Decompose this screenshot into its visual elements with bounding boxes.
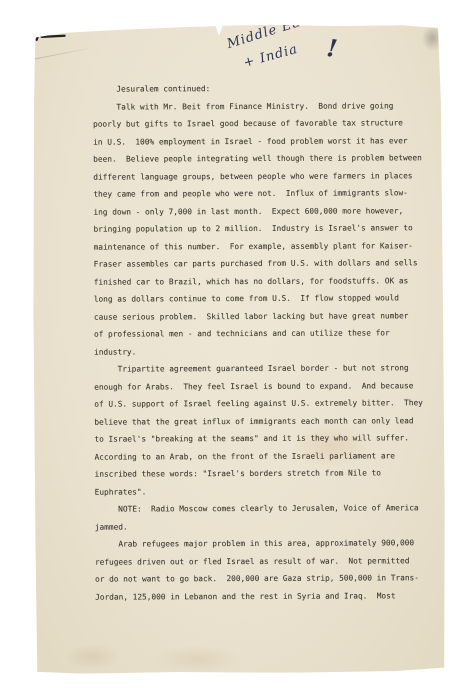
typed-line: to Israel's "breaking at the seams" and …: [94, 429, 439, 448]
handwritten-note-line2: + India: [242, 42, 300, 71]
typed-line: bringing population up to 2 million. Ind…: [93, 219, 438, 238]
typed-line: of professional men - and technicians an…: [94, 324, 439, 343]
typed-line: Fraser assembles car parts purchased fro…: [94, 254, 439, 273]
typed-line: refugees driven out or fled Israel as re…: [95, 552, 440, 571]
typed-line: maintenance of this number. For example,…: [94, 237, 439, 256]
typed-line: Euphrates".: [95, 482, 440, 501]
handwritten-note-line1: Middle East: [225, 11, 316, 52]
typed-line: Tripartite agreement guaranteed Israel b…: [94, 359, 439, 378]
typed-line: Jordan, 125,000 in Lebanon and the rest …: [95, 587, 440, 606]
pencil-mark-icon: [35, 29, 69, 45]
scan-background: Middle East + India ! Jesuralem continue…: [0, 0, 468, 700]
handwritten-exclamation: !: [325, 33, 339, 63]
typed-line-heading: Jesuralem continued:: [93, 79, 438, 98]
paper-stain: [152, 645, 242, 673]
typed-line: According to an Arab, on the front of th…: [94, 447, 439, 466]
typed-line: enough for Arabs. They feel Israel is bo…: [94, 377, 439, 396]
typed-line: Talk with Mr. Beit from Finance Ministry…: [93, 97, 438, 116]
typed-line: NOTE: Radio Moscow comes clearly to Jeru…: [95, 499, 440, 518]
paper-stain: [64, 644, 120, 670]
typed-line: they came from and people who were not. …: [93, 184, 438, 203]
typed-line: poorly but gifts to Israel good because …: [93, 114, 438, 133]
typed-line: jammed.: [95, 517, 440, 536]
typed-line: finished car to Brazil, which has no dol…: [94, 272, 439, 291]
typed-line: industry.: [94, 342, 439, 361]
typed-line: believe that the great influx of immigra…: [94, 412, 439, 431]
typed-line: ing down - only 7,000 in last month. Exp…: [93, 202, 438, 221]
typed-line: Arab refugees major problem in this area…: [95, 534, 440, 553]
corner-smudge: [422, 25, 444, 51]
document-page: Middle East + India ! Jesuralem continue…: [32, 24, 446, 674]
typed-line: cause serious problem. Skilled labor lac…: [94, 307, 439, 326]
typed-line: different language groups, between peopl…: [93, 167, 438, 186]
typed-line: or do not want to go back. 200,000 are G…: [95, 569, 440, 588]
typed-line: long as dollars continue to come from U.…: [94, 289, 439, 308]
paper-crease: [28, 48, 89, 61]
typed-line: inscribed these words: "Israel's borders…: [95, 464, 440, 483]
typed-line: in U.S. 100% employment in Israel - food…: [93, 132, 438, 151]
typed-line: been. Believe people integrating well th…: [93, 149, 438, 168]
typed-text-block: Jesuralem continued: Talk with Mr. Beit …: [93, 79, 440, 606]
typed-line: of U.S. support of Israel feeling agains…: [94, 394, 439, 413]
